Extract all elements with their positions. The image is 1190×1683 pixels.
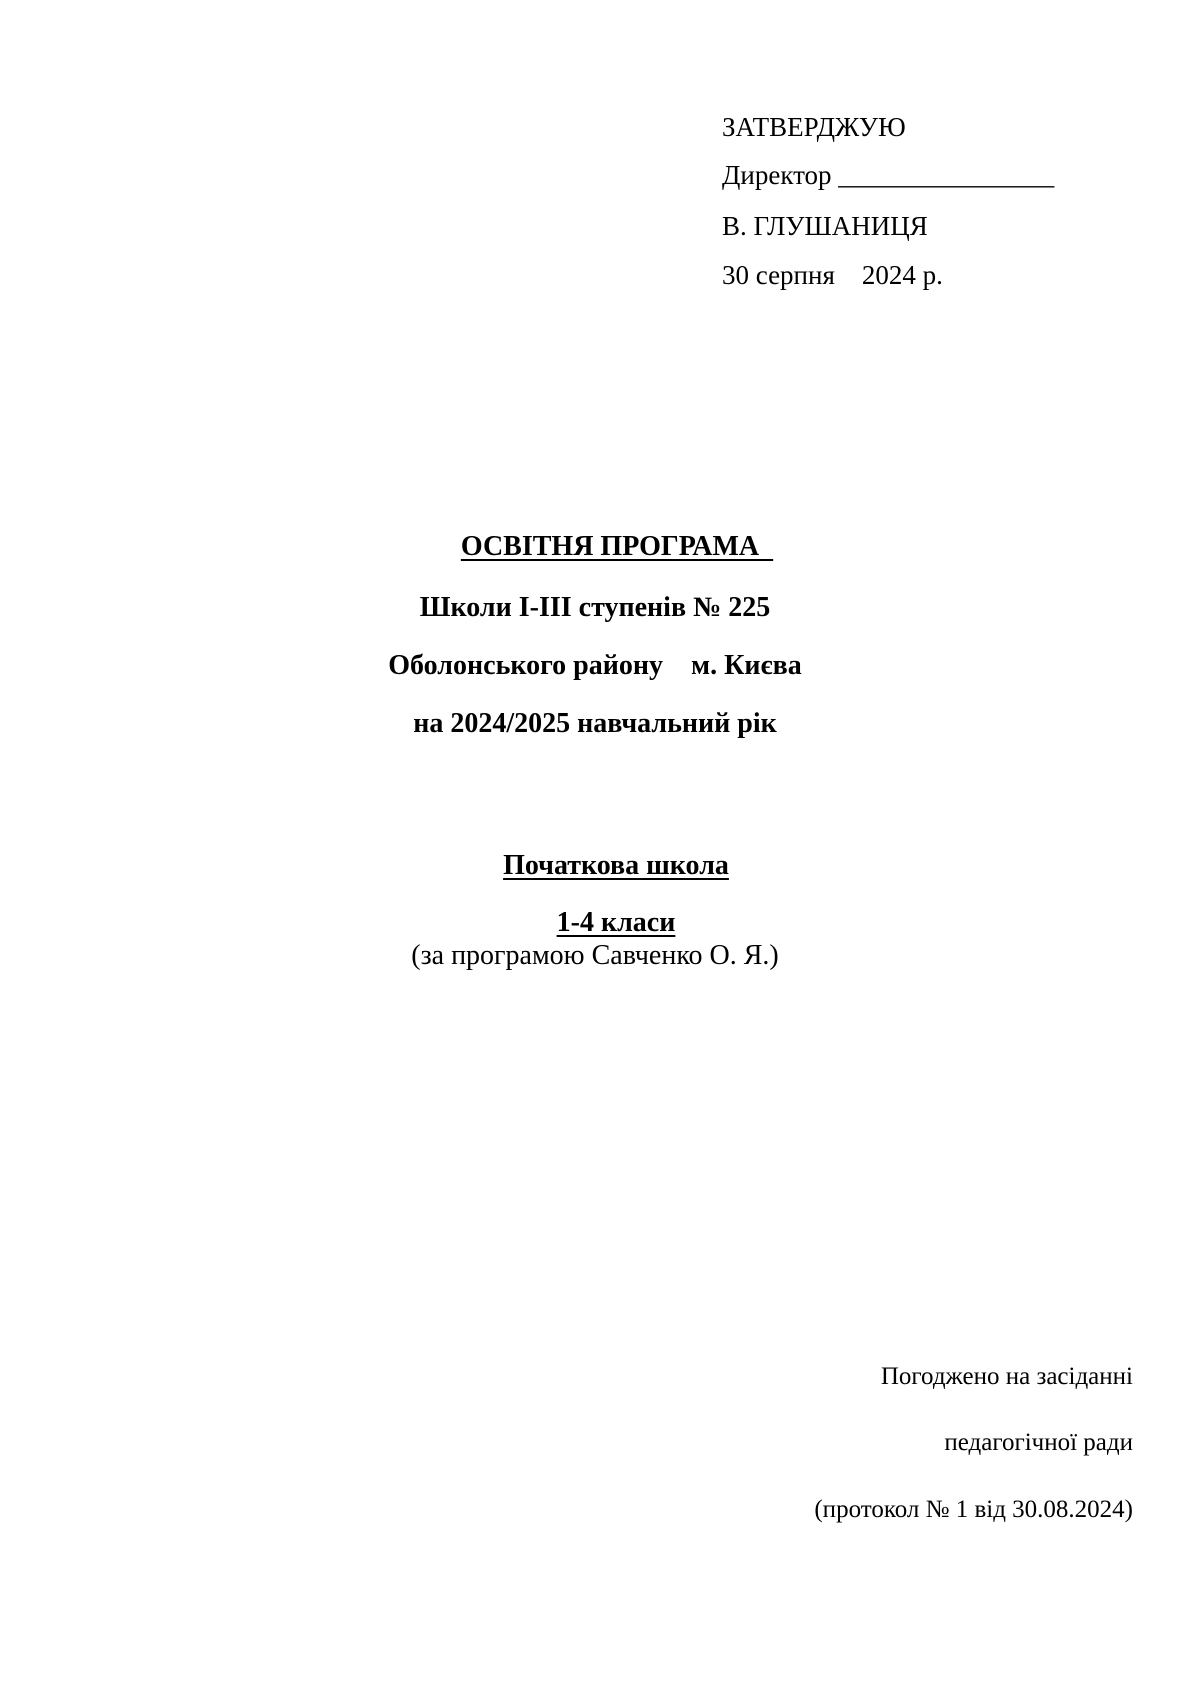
agreement-line: Погоджено на засіданні bbox=[881, 1364, 1133, 1389]
education-level: Початкова школа bbox=[503, 850, 729, 881]
document-page: ЗАТВЕРДЖУЮ Директор ________________ В. … bbox=[0, 0, 1190, 1683]
school-district-line: Оболонського району м. Києва bbox=[0, 652, 1190, 680]
program-note: (за програмою Савченко О. Я.) bbox=[0, 942, 1190, 970]
grades: 1-4 класи bbox=[557, 907, 676, 938]
school-year-line: на 2024/2025 навчальний рік bbox=[0, 710, 1190, 738]
agreement-line: педагогічної ради bbox=[944, 1430, 1133, 1455]
agreement-protocol: (протокол № 1 від 30.08.2024) bbox=[814, 1497, 1133, 1522]
approval-date: 30 серпня 2024 р. bbox=[722, 262, 943, 289]
document-title: ОСВІТНЯ ПРОГРАМА bbox=[461, 531, 773, 562]
approval-heading: ЗАТВЕРДЖУЮ bbox=[722, 114, 906, 141]
school-name-line: Школи І-ІІІ ступенів № 225 bbox=[0, 594, 1190, 622]
director-name: В. ГЛУШАНИЦЯ bbox=[722, 213, 928, 240]
director-signature-line: Директор ________________ bbox=[722, 162, 1054, 189]
document-title-wrap: ОСВІТНЯ ПРОГРАМА bbox=[0, 505, 1190, 589]
